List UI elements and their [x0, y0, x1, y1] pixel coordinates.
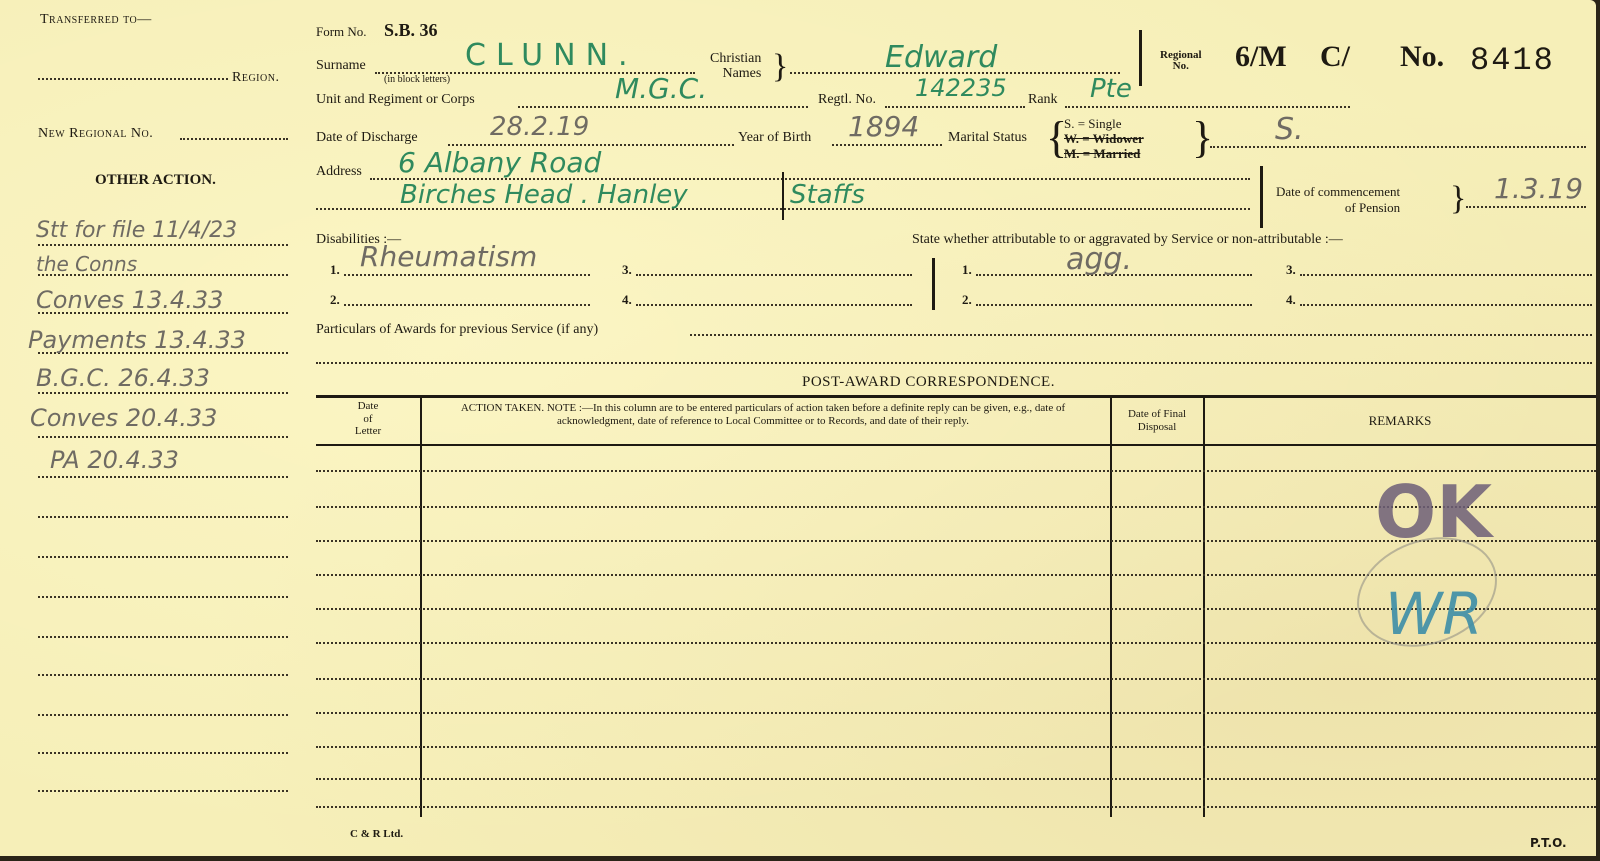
christian-names-label: Christian Names [710, 52, 761, 81]
surname-value: CLUNN. [465, 38, 638, 73]
regtl-no-line [885, 106, 1025, 108]
brace-icon: } [1450, 182, 1466, 216]
disability-num: 2. [330, 292, 340, 308]
address-line2-value: Birches Head . Hanley [400, 180, 688, 210]
rank-value: Pte [1090, 74, 1132, 104]
regtl-no-label: Regtl. No. [818, 92, 876, 108]
form-no-value: S.B. 36 [384, 20, 438, 41]
surname-hint: (in block letters) [384, 74, 450, 85]
attributable-num: 1. [962, 262, 972, 278]
new-regional-no-line [180, 138, 288, 140]
rank-label: Rank [1028, 92, 1058, 108]
marital-value: S. [1275, 112, 1304, 147]
marital-options: S. = Single W. = Widower M. = Married [1064, 116, 1144, 161]
pension-label: Date of commencement of Pension [1276, 184, 1400, 216]
other-action-entry: the Conns [36, 252, 137, 276]
brace-icon: } [1192, 116, 1213, 160]
correspondence-top-rule [316, 395, 1596, 398]
disability-line [344, 274, 590, 276]
rank-line [1065, 106, 1350, 108]
marital-option-married: M. = Married [1064, 146, 1144, 161]
regional-no-value: 6/M [1235, 40, 1287, 74]
address-county-value: Staffs [790, 180, 865, 210]
new-regional-no-label: New Regional No. [38, 126, 153, 142]
card-number: 8418 [1470, 42, 1555, 79]
discharge-label: Date of Discharge [316, 130, 418, 146]
other-action-entry: B.G.C. 26.4.33 [36, 364, 210, 392]
awards-line-2 [316, 362, 1592, 364]
printer-mark: C & R Ltd. [350, 828, 403, 840]
attributable-value: agg. [1066, 242, 1132, 277]
discharge-value: 28.2.19 [490, 112, 589, 142]
marital-option-widower: W. = Widower [1064, 131, 1144, 146]
correspondence-header-rule [316, 444, 1596, 446]
regtl-no-value: 142235 [915, 74, 1007, 102]
attributable-line [1300, 274, 1592, 276]
unit-value: M.G.C. [615, 72, 707, 105]
other-action-entry: PA 20.4.33 [50, 446, 179, 474]
marital-option-single: S. = Single [1064, 116, 1144, 131]
regional-divider [1139, 30, 1142, 86]
pension-value: 1.3.19 [1494, 172, 1583, 205]
disability-line [636, 304, 912, 306]
disabilities-divider [932, 258, 935, 310]
attributable-num: 3. [1286, 262, 1296, 278]
pension-record-card: Transferred to— Region. New Regional No.… [0, 0, 1596, 856]
awards-line [690, 334, 1592, 336]
disability-num: 1. [330, 262, 340, 278]
col-divider [1203, 397, 1205, 817]
attributable-num: 2. [962, 292, 972, 308]
other-action-heading: OTHER ACTION. [95, 172, 216, 189]
other-action-entry: Conves 13.4.33 [36, 286, 223, 314]
region-line [38, 78, 228, 80]
col-date-of-final-disposal: Date of Final Disposal [1112, 408, 1202, 433]
no-label: No. [1400, 40, 1444, 74]
disability-value: Rheumatism [360, 240, 537, 273]
disability-num: 3. [622, 262, 632, 278]
initials-mark: WR [1385, 580, 1483, 648]
col-date-of-letter: Date of Letter [320, 400, 416, 438]
disability-line [636, 274, 912, 276]
col-divider [1110, 397, 1112, 817]
pension-divider [1260, 166, 1263, 228]
awards-label: Particulars of Awards for previous Servi… [316, 322, 598, 338]
disability-line [344, 304, 590, 306]
marital-label: Marital Status [948, 130, 1027, 146]
other-action-entry: Stt for file 11/4/23 [36, 218, 237, 243]
c-value: C/ [1320, 40, 1350, 74]
col-remarks: REMARKS [1204, 414, 1596, 429]
col-action-taken: ACTION TAKEN. NOTE :—In this column are … [448, 402, 1078, 427]
transferred-to-label: Transferred to— [40, 12, 152, 28]
christian-names-value: Edward [885, 40, 997, 75]
birth-label: Year of Birth [738, 130, 811, 146]
address-label: Address [316, 164, 362, 180]
birth-line [832, 144, 942, 146]
ok-stamp: OK [1375, 470, 1492, 554]
brace-icon: } [772, 50, 788, 84]
attributable-line [976, 304, 1252, 306]
correspondence-title: POST-AWARD CORRESPONDENCE. [802, 374, 1055, 391]
birth-value: 1894 [848, 110, 919, 143]
regional-no-label: Regional No. [1160, 50, 1202, 72]
other-action-entry: Payments 13.4.33 [28, 326, 246, 354]
unit-label: Unit and Regiment or Corps [316, 92, 475, 108]
attributable-line [1300, 304, 1592, 306]
pto-mark: P.T.O. [1530, 836, 1567, 850]
address-line1-value: 6 Albany Road [398, 146, 601, 179]
region-label: Region. [232, 70, 279, 86]
surname-label: Surname [316, 58, 366, 74]
disability-num: 4. [622, 292, 632, 308]
marital-value-line [1210, 146, 1586, 148]
address-divider [782, 172, 784, 220]
form-no-label: Form No. [316, 24, 367, 40]
col-divider [420, 397, 422, 817]
pension-line [1466, 206, 1586, 208]
other-action-entry: Conves 20.4.33 [30, 404, 217, 432]
attributable-num: 4. [1286, 292, 1296, 308]
unit-line [518, 106, 808, 108]
